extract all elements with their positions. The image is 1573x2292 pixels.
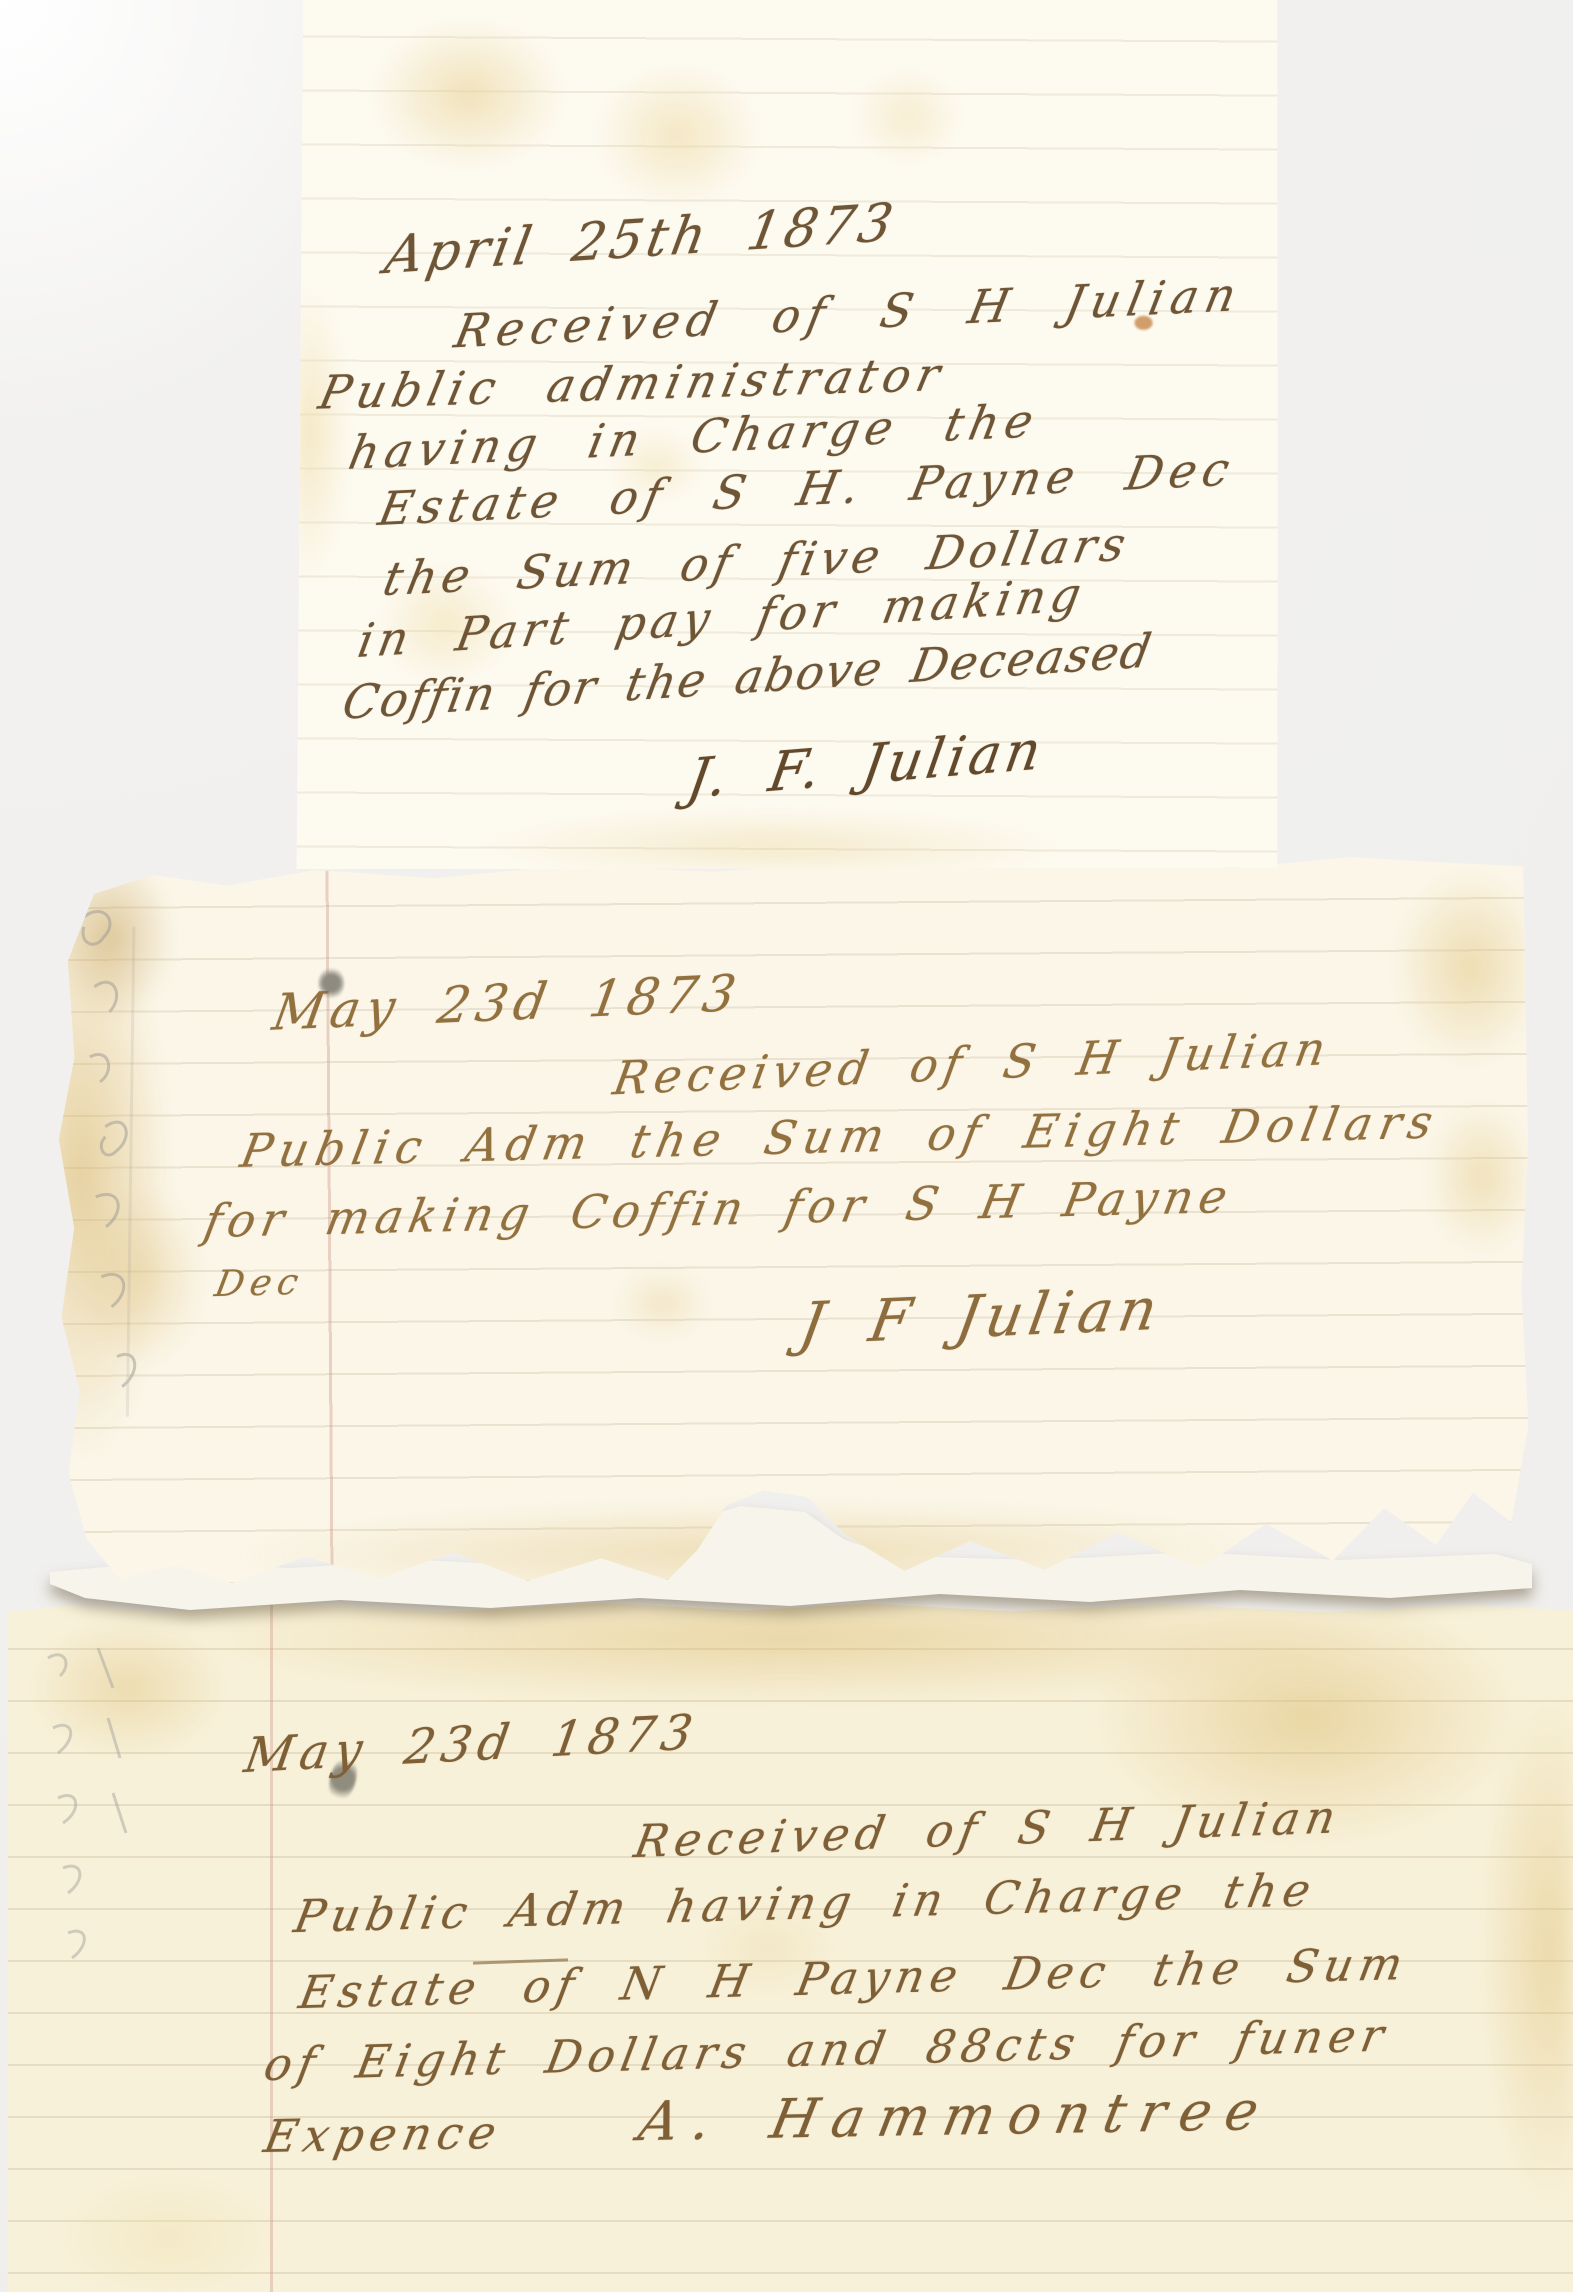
handwritten-line: having in Charge the — [344, 393, 1043, 480]
signature: A. Hammontree — [634, 2079, 1278, 2153]
age-stains-overlay — [8, 1598, 1573, 2292]
handwritten-line: May 23d 1873 — [269, 964, 746, 1042]
handwritten-line: Dec — [212, 1262, 308, 1305]
handwritten-line: the Sum of five Dollars — [379, 516, 1135, 606]
handwritten-line: Coffin for the above Deceased — [339, 623, 1158, 730]
paper-hole — [318, 967, 344, 999]
adm-underline — [473, 1958, 568, 1964]
paper-hole — [324, 1753, 361, 1804]
handwritten-line: Public Adm having in Charge the — [290, 1863, 1321, 1943]
handwritten-line: Estate of S H. Payne Dec — [374, 441, 1240, 536]
receipt-sheet-coffin-payment: May 23d 1873 Received of S H Julian Publ… — [49, 847, 1532, 1599]
scanned-receipts-page: May 23d 1873 Received of S H Julian Publ… — [0, 0, 1573, 2292]
signature: J F Julian — [795, 1275, 1168, 1359]
handwritten-line: Expence — [260, 2106, 507, 2163]
handwritten-line: Received of S H Julian — [450, 267, 1248, 359]
handwritten-line: May 23d 1873 — [241, 1704, 703, 1784]
age-stains-overlay — [49, 847, 1532, 1599]
handwritten-line: Received of S H Julian — [630, 1790, 1345, 1868]
handwritten-line: for making Coffin for S H Payne — [200, 1169, 1238, 1248]
handwritten-line: Public administrator — [314, 347, 951, 420]
handwritten-line: of Eight Dollars and 88cts for funer — [260, 2008, 1394, 2091]
receipt-sheet-part-payment: April 25th 1873 Received of S H Julian P… — [294, 0, 1283, 875]
handwritten-line: April 25th 1873 — [380, 193, 901, 287]
pencil-scribbles — [18, 1618, 238, 2018]
rust-spot — [1135, 316, 1153, 330]
handwritten-line: in Part pay for making — [354, 566, 1090, 668]
signature: J. F. Julian — [683, 718, 1049, 811]
handwritten-line: Estate of N H Payne Dec the Sum — [295, 1937, 1413, 2019]
pencil-scribbles — [64, 896, 218, 1457]
age-stains-overlay — [294, 0, 1283, 875]
receipt-sheet-funeral-expense: May 23d 1873 Received of S H Julian Publ… — [8, 1598, 1573, 2292]
handwritten-line: Received of S H Julian — [609, 1021, 1335, 1105]
handwritten-line: Public Adm the Sum of Eight Dollars — [236, 1094, 1444, 1178]
